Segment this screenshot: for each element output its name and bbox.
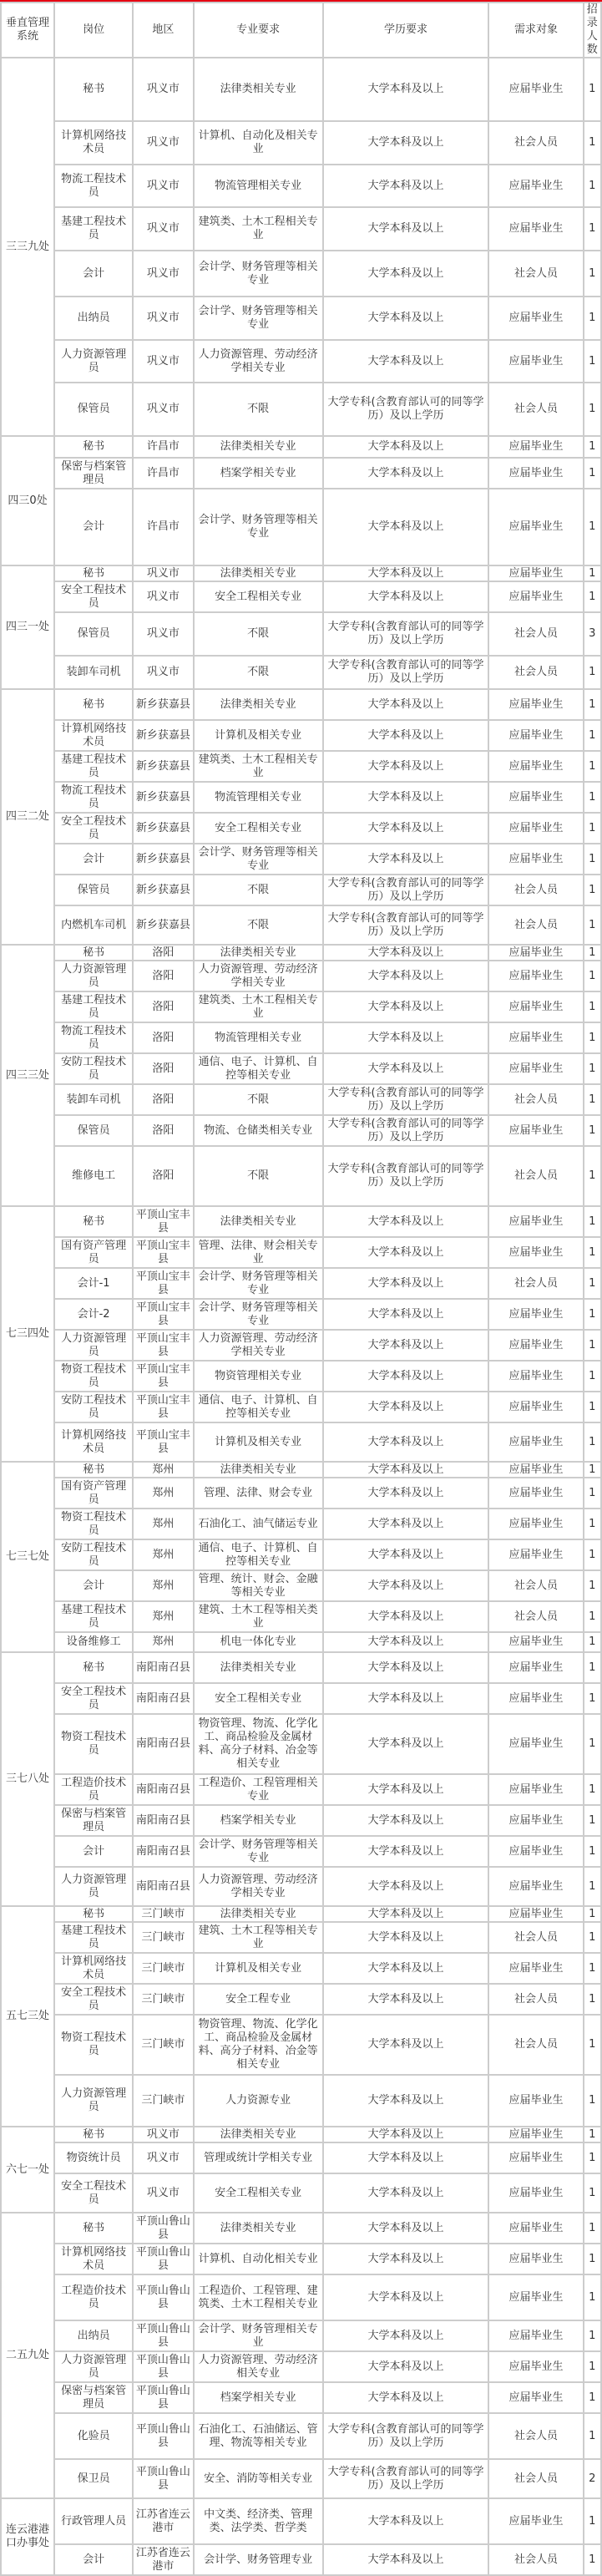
- education-cell: 大学本科及以上: [323, 689, 489, 720]
- major-cell: 通信、电子、计算机、自控等相关专业: [194, 1053, 323, 1084]
- major-cell: 石油化工、石油储运、管理、物流等相关专业: [194, 2413, 323, 2459]
- count-cell: 1: [584, 2075, 601, 2127]
- major-cell: 法律类相关专业: [194, 565, 323, 581]
- post-cell: 安全工程技术员: [54, 2173, 133, 2213]
- education-cell: 大学本科及以上: [323, 1268, 489, 1299]
- count-cell: 1: [584, 1652, 601, 1683]
- target-cell: 社会人员: [488, 1084, 583, 1115]
- education-cell: 大学本科及以上: [323, 121, 489, 165]
- count-cell: 1: [584, 1299, 601, 1330]
- target-cell: 应届毕业生: [488, 2075, 583, 2127]
- count-cell: 1: [584, 1268, 601, 1299]
- count-cell: 1: [584, 2274, 601, 2320]
- target-cell: 应届毕业生: [488, 782, 583, 813]
- education-cell: 大学本科及以上: [323, 207, 489, 251]
- target-cell: 社会人员: [488, 1146, 583, 1206]
- count-cell: 1: [584, 751, 601, 782]
- target-cell: 应届毕业生: [488, 1361, 583, 1392]
- table-row: 保密与档案管理员许昌市档案学相关专业大学本科及以上应届毕业生1: [1, 458, 601, 489]
- education-cell: 大学本科及以上: [323, 720, 489, 751]
- post-cell: 行政管理人员: [54, 2498, 133, 2544]
- major-cell: 建筑、土木工程等相关专业: [194, 1922, 323, 1953]
- table-row: 人力资源管理员巩义市人力资源管理、劳动经济学相关专业大学本科及以上应届毕业生1: [1, 340, 601, 383]
- table-row: 会计-2平顶山宝丰县会计学、财务管理等相关专业大学本科及以上应届毕业生1: [1, 1299, 601, 1330]
- major-cell: 会计学、财务管理等相关专业: [194, 251, 323, 297]
- area-cell: 洛阳: [133, 1146, 194, 1206]
- target-cell: 社会人员: [488, 2544, 583, 2575]
- major-cell: 人力资源管理、劳动经济学相关专业: [194, 340, 323, 383]
- post-cell: 秘书: [54, 689, 133, 720]
- post-cell: 人力资源管理员: [54, 2351, 133, 2382]
- table-header-row: 垂直管理系统 岗位 地区 专业要求 学历要求 需求对象 招录人数: [1, 3, 601, 58]
- recruitment-table: 垂直管理系统 岗位 地区 专业要求 学历要求 需求对象 招录人数 三三九处秘书巩…: [0, 2, 602, 2576]
- education-cell: 大学本科及以上: [323, 2244, 489, 2274]
- education-cell: 大学本科及以上: [323, 751, 489, 782]
- major-cell: 法律类相关专业: [194, 945, 323, 961]
- target-cell: 应届毕业生: [488, 2244, 583, 2274]
- table-row: 三七八处秘书南阳南召县法律类相关专业大学本科及以上应届毕业生1: [1, 1652, 601, 1683]
- education-cell: 大学专科(含教育部认可的同等学历）及以上学历: [323, 1115, 489, 1146]
- count-cell: 1: [584, 1836, 601, 1867]
- target-cell: 社会人员: [488, 383, 583, 436]
- education-cell: 大学本科及以上: [323, 2173, 489, 2213]
- table-row: 保管员新乡获嘉县不限大学专科(含教育部认可的同等学历）及以上学历社会人员1: [1, 875, 601, 905]
- header-system: 垂直管理系统: [1, 3, 54, 58]
- education-cell: 大学本科及以上: [323, 1022, 489, 1053]
- area-cell: 平顶山鲁山县: [133, 2274, 194, 2320]
- table-row: 物流工程技术员洛阳物流管理相关专业大学本科及以上应届毕业生1: [1, 1022, 601, 1053]
- target-cell: 社会人员: [488, 121, 583, 165]
- education-cell: 大学本科及以上: [323, 1539, 489, 1570]
- target-cell: 应届毕业生: [488, 297, 583, 340]
- major-cell: 会计学、财务管理等相关专业: [194, 1836, 323, 1867]
- count-cell: 1: [584, 1361, 601, 1392]
- area-cell: 巩义市: [133, 565, 194, 581]
- table-row: 人力资源管理员洛阳人力资源管理、劳动经济学相关专业大学本科及以上应届毕业生1: [1, 961, 601, 991]
- count-cell: 1: [584, 1805, 601, 1836]
- count-cell: 1: [584, 782, 601, 813]
- education-cell: 大学本科及以上: [323, 1836, 489, 1867]
- major-cell: 不限: [194, 875, 323, 905]
- post-cell: 人力资源管理员: [54, 2075, 133, 2127]
- count-cell: 1: [584, 383, 601, 436]
- target-cell: 应届毕业生: [488, 1632, 583, 1652]
- major-cell: 建筑类、土木工程相关专业: [194, 207, 323, 251]
- table-row: 物资工程技术员三门峡市物资管理、物流、化学化工、商品检验及金属材料、高分子材料、…: [1, 2015, 601, 2075]
- education-cell: 大学本科及以上: [323, 844, 489, 875]
- area-cell: 平顶山宝丰县: [133, 1299, 194, 1330]
- post-cell: 会计: [54, 2544, 133, 2575]
- major-cell: 管理、法律、财会专业: [194, 1478, 323, 1509]
- target-cell: 社会人员: [488, 1922, 583, 1953]
- education-cell: 大学本科及以上: [323, 782, 489, 813]
- count-cell: 1: [584, 656, 601, 689]
- post-cell: 计算机网络技术员: [54, 2244, 133, 2274]
- post-cell: 物资工程技术员: [54, 1509, 133, 1539]
- education-cell: 大学本科及以上: [323, 2142, 489, 2173]
- major-cell: 会计学、财务管理相关专业: [194, 2320, 323, 2351]
- post-cell: 物资工程技术员: [54, 1714, 133, 1774]
- post-cell: 安全工程技术员: [54, 1984, 133, 2015]
- post-cell: 秘书: [54, 2127, 133, 2142]
- target-cell: 应届毕业生: [488, 581, 583, 612]
- target-cell: 应届毕业生: [488, 751, 583, 782]
- major-cell: 工程造价、工程管理相关专业: [194, 1774, 323, 1805]
- group-name-cell: 七三七处: [1, 1462, 54, 1652]
- count-cell: 1: [584, 1509, 601, 1539]
- target-cell: 应届毕业生: [488, 813, 583, 844]
- area-cell: 南阳南召县: [133, 1867, 194, 1906]
- area-cell: 郑州: [133, 1632, 194, 1652]
- post-cell: 保密与档案管理员: [54, 2382, 133, 2413]
- major-cell: 管理或统计学相关专业: [194, 2142, 323, 2173]
- count-cell: 1: [584, 165, 601, 207]
- table-row: 物流工程技术员巩义市物流管理相关专业大学本科及以上应届毕业生1: [1, 165, 601, 207]
- table-row: 物资统计员巩义市管理或统计学相关专业大学本科及以上应届毕业生1: [1, 2142, 601, 2173]
- count-cell: 1: [584, 1601, 601, 1632]
- count-cell: 1: [584, 1330, 601, 1361]
- count-cell: 2: [584, 2459, 601, 2498]
- count-cell: 1: [584, 2173, 601, 2213]
- post-cell: 国有资产管理员: [54, 1478, 133, 1509]
- target-cell: 应届毕业生: [488, 2351, 583, 2382]
- major-cell: 人力资源管理、劳动经济学相关专业: [194, 1330, 323, 1361]
- count-cell: 1: [584, 2544, 601, 2575]
- count-cell: 1: [584, 2498, 601, 2544]
- table-row: 基建工程技术员洛阳建筑类、土木工程相关专业大学本科及以上应届毕业生1: [1, 991, 601, 1022]
- area-cell: 巩义市: [133, 2173, 194, 2213]
- post-cell: 安全工程技术员: [54, 1683, 133, 1714]
- target-cell: 应届毕业生: [488, 165, 583, 207]
- education-cell: 大学本科及以上: [323, 1478, 489, 1509]
- post-cell: 保卫员: [54, 2459, 133, 2498]
- area-cell: 平顶山鲁山县: [133, 2382, 194, 2413]
- major-cell: 人力资源管理、劳动经济相关专业: [194, 2351, 323, 2382]
- education-cell: 大学本科及以上: [323, 581, 489, 612]
- major-cell: 计算机、自动化及相关专业: [194, 121, 323, 165]
- post-cell: 物资统计员: [54, 2142, 133, 2173]
- education-cell: 大学本科及以上: [323, 991, 489, 1022]
- education-cell: 大学本科及以上: [323, 2498, 489, 2544]
- target-cell: 社会人员: [488, 875, 583, 905]
- table-row: 设备维修工郑州机电一体化专业大学本科及以上应届毕业生1: [1, 1632, 601, 1652]
- education-cell: 大学本科及以上: [323, 2544, 489, 2575]
- area-cell: 三门峡市: [133, 2075, 194, 2127]
- target-cell: 应届毕业生: [488, 436, 583, 458]
- major-cell: 管理、法律、财会相关专业: [194, 1237, 323, 1268]
- education-cell: 大学本科及以上: [323, 2382, 489, 2413]
- target-cell: 应届毕业生: [488, 689, 583, 720]
- post-cell: 会计: [54, 251, 133, 297]
- education-cell: 大学专科(含教育部认可的同等学历）及以上学历: [323, 612, 489, 656]
- target-cell: 社会人员: [488, 1984, 583, 2015]
- education-cell: 大学本科及以上: [323, 1601, 489, 1632]
- area-cell: 平顶山宝丰县: [133, 1422, 194, 1462]
- area-cell: 巩义市: [133, 383, 194, 436]
- area-cell: 巩义市: [133, 58, 194, 121]
- area-cell: 许昌市: [133, 489, 194, 565]
- post-cell: 秘书: [54, 945, 133, 961]
- table-row: 安全工程技术员三门峡市安全工程专业大学本科及以上社会人员1: [1, 1984, 601, 2015]
- table-row: 保卫员平顶山鲁山县安全、消防等相关专业大学专科(含教育部认可的同等学历）及以上学…: [1, 2459, 601, 2498]
- count-cell: 1: [584, 875, 601, 905]
- count-cell: 1: [584, 1922, 601, 1953]
- education-cell: 大学本科及以上: [323, 58, 489, 121]
- post-cell: 秘书: [54, 1462, 133, 1478]
- education-cell: 大学专科(含教育部认可的同等学历）及以上学历: [323, 1146, 489, 1206]
- major-cell: 物资管理相关专业: [194, 1361, 323, 1392]
- table-row: 保密与档案管理员南阳南召县档案学相关专业大学本科及以上应届毕业生1: [1, 1805, 601, 1836]
- major-cell: 安全工程专业: [194, 1984, 323, 2015]
- table-row: 四三一处秘书巩义市法律类相关专业大学本科及以上应届毕业生1: [1, 565, 601, 581]
- area-cell: 三门峡市: [133, 2015, 194, 2075]
- area-cell: 三门峡市: [133, 1984, 194, 2015]
- area-cell: 新乡获嘉县: [133, 689, 194, 720]
- major-cell: 建筑、土木工程等相关类业: [194, 1601, 323, 1632]
- count-cell: 1: [584, 1146, 601, 1206]
- education-cell: 大学本科及以上: [323, 1632, 489, 1652]
- table-row: 物资工程技术员平顶山宝丰县物资管理相关专业大学本科及以上应届毕业生1: [1, 1361, 601, 1392]
- count-cell: 1: [584, 2015, 601, 2075]
- education-cell: 大学本科及以上: [323, 165, 489, 207]
- area-cell: 洛阳: [133, 1053, 194, 1084]
- area-cell: 巩义市: [133, 207, 194, 251]
- education-cell: 大学本科及以上: [323, 1206, 489, 1237]
- target-cell: 应届毕业生: [488, 58, 583, 121]
- major-cell: 法律类相关专业: [194, 436, 323, 458]
- post-cell: 基建工程技术员: [54, 1922, 133, 1953]
- target-cell: 应届毕业生: [488, 1422, 583, 1462]
- table-row: 计算机网络技术员平顶山宝丰县计算机及相关专业大学本科及以上应届毕业生1: [1, 1422, 601, 1462]
- area-cell: 江苏省连云港市: [133, 2498, 194, 2544]
- education-cell: 大学本科及以上: [323, 1652, 489, 1683]
- area-cell: 新乡获嘉县: [133, 844, 194, 875]
- target-cell: 社会人员: [488, 1601, 583, 1632]
- target-cell: 社会人员: [488, 612, 583, 656]
- target-cell: 社会人员: [488, 2413, 583, 2459]
- count-cell: 1: [584, 1084, 601, 1115]
- target-cell: 应届毕业生: [488, 2274, 583, 2320]
- area-cell: 洛阳: [133, 1022, 194, 1053]
- area-cell: 洛阳: [133, 961, 194, 991]
- table-row: 化验员平顶山鲁山县石油化工、石油储运、管理、物流等相关专业大学专科(含教育部认可…: [1, 2413, 601, 2459]
- major-cell: 会计学、财务管理等相关专业: [194, 1268, 323, 1299]
- post-cell: 秘书: [54, 1206, 133, 1237]
- area-cell: 南阳南召县: [133, 1805, 194, 1836]
- count-cell: 1: [584, 2413, 601, 2459]
- table-row: 会计巩义市会计学、财务管理等相关专业大学本科及以上社会人员1: [1, 251, 601, 297]
- count-cell: 1: [584, 1539, 601, 1570]
- education-cell: 大学本科及以上: [323, 565, 489, 581]
- post-cell: 安防工程技术员: [54, 1053, 133, 1084]
- count-cell: 1: [584, 1237, 601, 1268]
- area-cell: 洛阳: [133, 1115, 194, 1146]
- post-cell: 计算机网络技术员: [54, 121, 133, 165]
- major-cell: 物流管理相关专业: [194, 165, 323, 207]
- post-cell: 秘书: [54, 58, 133, 121]
- table-row: 工程造价技术员南阳南召县工程造价、工程管理相关专业大学本科及以上应届毕业生1: [1, 1774, 601, 1805]
- table-row: 物流工程技术员新乡获嘉县物流管理相关专业大学本科及以上应届毕业生1: [1, 782, 601, 813]
- area-cell: 郑州: [133, 1601, 194, 1632]
- target-cell: 应届毕业生: [488, 565, 583, 581]
- area-cell: 巩义市: [133, 297, 194, 340]
- post-cell: 保管员: [54, 612, 133, 656]
- group-name-cell: 三三九处: [1, 58, 54, 436]
- area-cell: 新乡获嘉县: [133, 875, 194, 905]
- count-cell: 1: [584, 1570, 601, 1601]
- group-name-cell: 六七一处: [1, 2127, 54, 2213]
- education-cell: 大学本科及以上: [323, 436, 489, 458]
- education-cell: 大学本科及以上: [323, 1683, 489, 1714]
- count-cell: 1: [584, 581, 601, 612]
- count-cell: 1: [584, 2213, 601, 2244]
- post-cell: 安全工程技术员: [54, 581, 133, 612]
- count-cell: 1: [584, 2320, 601, 2351]
- area-cell: 新乡获嘉县: [133, 782, 194, 813]
- major-cell: 法律类相关专业: [194, 1906, 323, 1922]
- major-cell: 物资管理、物流、化学化工、商品检验及金属材料、高分子材料、冶金等相关专业: [194, 1714, 323, 1774]
- education-cell: 大学本科及以上: [323, 251, 489, 297]
- education-cell: 大学专科(含教育部认可的同等学历）及以上学历: [323, 875, 489, 905]
- education-cell: 大学本科及以上: [323, 1422, 489, 1462]
- education-cell: 大学本科及以上: [323, 458, 489, 489]
- table-row: 人力资源管理员平顶山鲁山县人力资源管理、劳动经济相关专业大学本科及以上应届毕业生…: [1, 2351, 601, 2382]
- major-cell: 物流、仓储类相关专业: [194, 1115, 323, 1146]
- count-cell: 3: [584, 612, 601, 656]
- count-cell: 1: [584, 720, 601, 751]
- education-cell: 大学本科及以上: [323, 1330, 489, 1361]
- area-cell: 洛阳: [133, 991, 194, 1022]
- post-cell: 化验员: [54, 2413, 133, 2459]
- area-cell: 巩义市: [133, 581, 194, 612]
- target-cell: 应届毕业生: [488, 2173, 583, 2213]
- major-cell: 安全工程相关专业: [194, 1683, 323, 1714]
- education-cell: 大学本科及以上: [323, 1237, 489, 1268]
- area-cell: 巩义市: [133, 121, 194, 165]
- target-cell: 应届毕业生: [488, 1462, 583, 1478]
- post-cell: 物流工程技术员: [54, 782, 133, 813]
- major-cell: 通信、电子、计算机、自控等相关专业: [194, 1392, 323, 1422]
- education-cell: 大学本科及以上: [323, 2274, 489, 2320]
- count-cell: 1: [584, 2244, 601, 2274]
- table-row: 六七一处秘书巩义市法律类相关专业大学本科及以上应届毕业生1: [1, 2127, 601, 2142]
- major-cell: 工程造价、工程管理、建筑类、土木工程相关专业: [194, 2274, 323, 2320]
- area-cell: 巩义市: [133, 251, 194, 297]
- target-cell: 应届毕业生: [488, 1652, 583, 1683]
- post-cell: 出纳员: [54, 297, 133, 340]
- area-cell: 巩义市: [133, 165, 194, 207]
- count-cell: 1: [584, 121, 601, 165]
- major-cell: 安全工程相关专业: [194, 581, 323, 612]
- table-row: 会计郑州管理、统计、财会、金融等相关专业大学本科及以上社会人员1: [1, 1570, 601, 1601]
- target-cell: 应届毕业生: [488, 1509, 583, 1539]
- target-cell: 应届毕业生: [488, 1836, 583, 1867]
- table-row: 安全工程技术员南阳南召县安全工程相关专业大学本科及以上应届毕业生1: [1, 1683, 601, 1714]
- area-cell: 三门峡市: [133, 1953, 194, 1984]
- post-cell: 计算机网络技术员: [54, 1422, 133, 1462]
- post-cell: 会计: [54, 1836, 133, 1867]
- area-cell: 巩义市: [133, 2142, 194, 2173]
- area-cell: 平顶山鲁山县: [133, 2413, 194, 2459]
- count-cell: 1: [584, 58, 601, 121]
- area-cell: 南阳南召县: [133, 1836, 194, 1867]
- post-cell: 设备维修工: [54, 1632, 133, 1652]
- count-cell: 1: [584, 1906, 601, 1922]
- education-cell: 大学本科及以上: [323, 1922, 489, 1953]
- major-cell: 管理、统计、财会、金融等相关专业: [194, 1570, 323, 1601]
- post-cell: 人力资源管理员: [54, 340, 133, 383]
- table-row: 五七三处秘书三门峡市法律类相关专业大学本科及以上应届毕业生1: [1, 1906, 601, 1922]
- count-cell: 1: [584, 458, 601, 489]
- table-row: 国有资产管理员平顶山宝丰县管理、法律、财会相关专业大学本科及以上应届毕业生1: [1, 1237, 601, 1268]
- group-name-cell: 四三二处: [1, 689, 54, 945]
- major-cell: 机电一体化专业: [194, 1632, 323, 1652]
- target-cell: 社会人员: [488, 656, 583, 689]
- table-row: 保管员洛阳物流、仓储类相关专业大学专科(含教育部认可的同等学历）及以上学历应届毕…: [1, 1115, 601, 1146]
- major-cell: 计算机、自动化相关专业: [194, 2244, 323, 2274]
- post-cell: 基建工程技术员: [54, 991, 133, 1022]
- table-row: 会计-1平顶山宝丰县会计学、财务管理等相关专业大学本科及以上社会人员1: [1, 1268, 601, 1299]
- education-cell: 大学专科(含教育部认可的同等学历）及以上学历: [323, 1084, 489, 1115]
- major-cell: 不限: [194, 905, 323, 945]
- major-cell: 法律类相关专业: [194, 2213, 323, 2244]
- table-row: 计算机网络技术员平顶山鲁山县计算机、自动化相关专业大学本科及以上应届毕业生1: [1, 2244, 601, 2274]
- count-cell: 1: [584, 2127, 601, 2142]
- target-cell: 应届毕业生: [488, 1299, 583, 1330]
- table-row: 工程造价技术员平顶山鲁山县工程造价、工程管理、建筑类、土木工程相关专业大学本科及…: [1, 2274, 601, 2320]
- education-cell: 大学本科及以上: [323, 1867, 489, 1906]
- table-row: 会计新乡获嘉县会计学、财务管理等相关专业大学本科及以上应届毕业生1: [1, 844, 601, 875]
- education-cell: 大学本科及以上: [323, 1299, 489, 1330]
- post-cell: 保密与档案管理员: [54, 1805, 133, 1836]
- header-major: 专业要求: [194, 3, 323, 58]
- target-cell: 应届毕业生: [488, 945, 583, 961]
- major-cell: 会计学、财务管理等相关专业: [194, 1299, 323, 1330]
- target-cell: 应届毕业生: [488, 961, 583, 991]
- area-cell: 郑州: [133, 1539, 194, 1570]
- target-cell: 应届毕业生: [488, 2320, 583, 2351]
- post-cell: 基建工程技术员: [54, 207, 133, 251]
- table-row: 会计许昌市会计学、财务管理等相关专业大学本科及以上应届毕业生1: [1, 489, 601, 565]
- table-row: 人力资源管理员平顶山宝丰县人力资源管理、劳动经济学相关专业大学本科及以上应届毕业…: [1, 1330, 601, 1361]
- education-cell: 大学本科及以上: [323, 961, 489, 991]
- table-row: 安防工程技术员洛阳通信、电子、计算机、自控等相关专业大学本科及以上应届毕业生1: [1, 1053, 601, 1084]
- education-cell: 大学本科及以上: [323, 2075, 489, 2127]
- count-cell: 1: [584, 340, 601, 383]
- area-cell: 郑州: [133, 1462, 194, 1478]
- target-cell: 社会人员: [488, 2459, 583, 2498]
- post-cell: 装卸车司机: [54, 1084, 133, 1115]
- area-cell: 郑州: [133, 1478, 194, 1509]
- count-cell: 1: [584, 1053, 601, 1084]
- table-row: 会计江苏省连云港市会计学、财务管理专业大学本科及以上社会人员1: [1, 2544, 601, 2575]
- table-row: 计算机网络技术员三门峡市计算机及相关专业大学本科及以上应届毕业生1: [1, 1953, 601, 1984]
- major-cell: 会计学、财务管理等相关专业: [194, 844, 323, 875]
- area-cell: 洛阳: [133, 1084, 194, 1115]
- major-cell: 会计学、财务管理等相关专业: [194, 297, 323, 340]
- count-cell: 1: [584, 1022, 601, 1053]
- education-cell: 大学专科(含教育部认可的同等学历）及以上学历: [323, 383, 489, 436]
- count-cell: 1: [584, 689, 601, 720]
- target-cell: 应届毕业生: [488, 2382, 583, 2413]
- table-row: 出纳员平顶山鲁山县会计学、财务管理相关专业大学本科及以上应届毕业生1: [1, 2320, 601, 2351]
- area-cell: 巩义市: [133, 612, 194, 656]
- post-cell: 秘书: [54, 436, 133, 458]
- post-cell: 保密与档案管理员: [54, 458, 133, 489]
- education-cell: 大学专科(含教育部认可的同等学历）及以上学历: [323, 656, 489, 689]
- group-name-cell: 二五九处: [1, 2213, 54, 2498]
- area-cell: 新乡获嘉县: [133, 905, 194, 945]
